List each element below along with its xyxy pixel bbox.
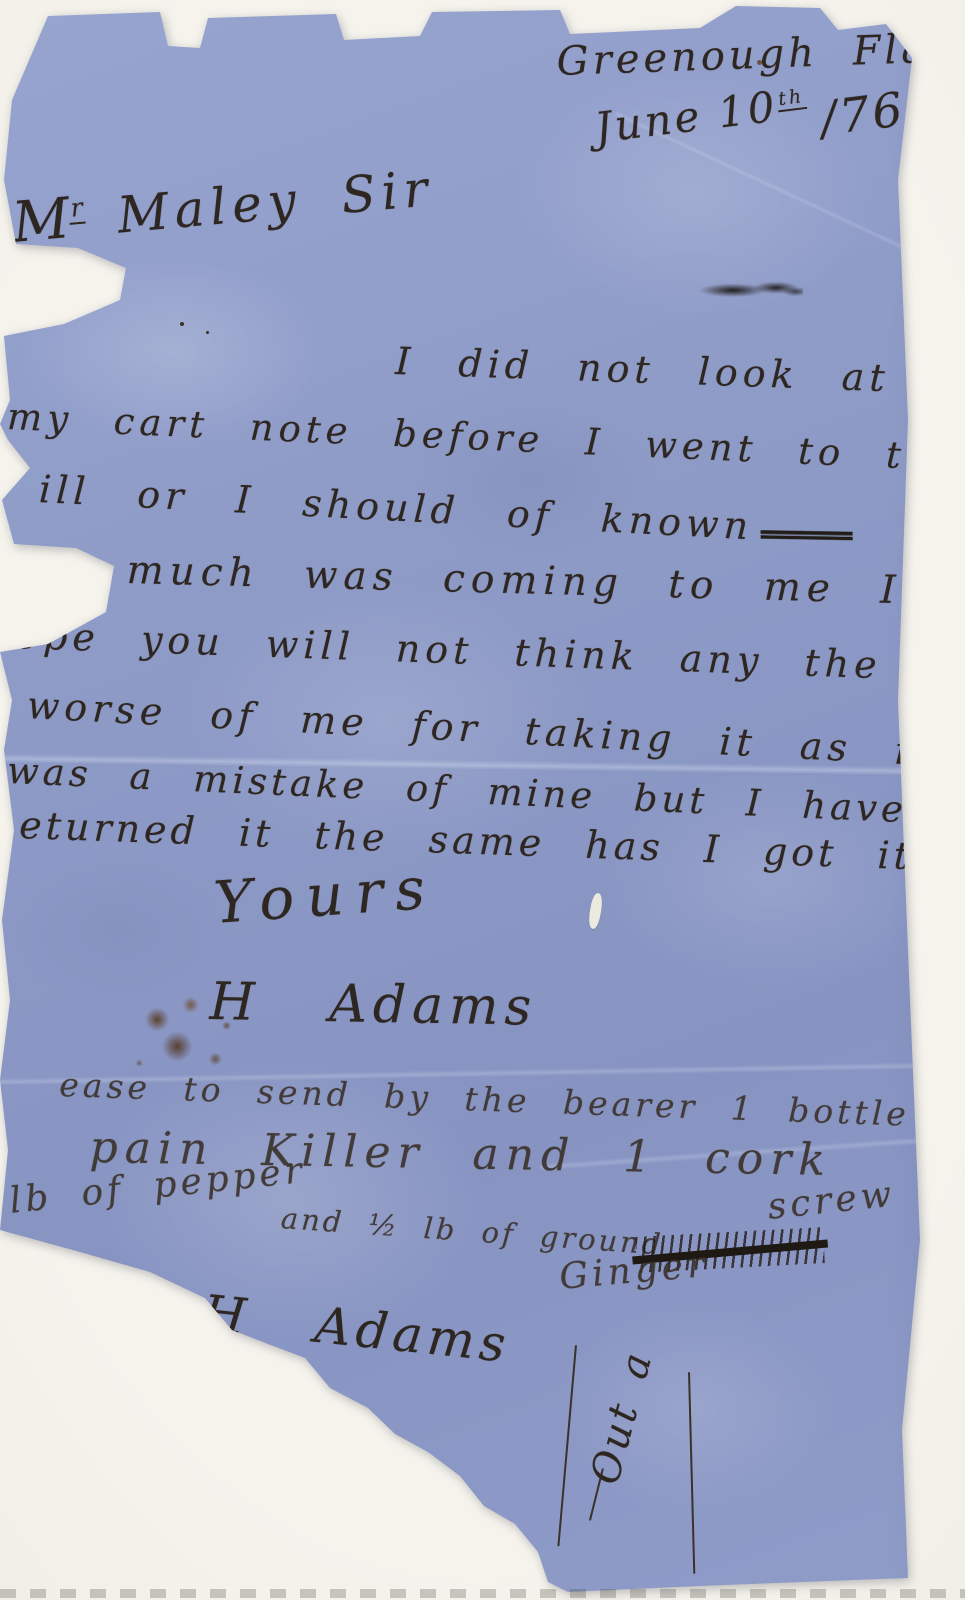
place-line: Greenough Flats — [556, 27, 965, 82]
date-main: June 10 — [592, 82, 780, 153]
docket-note: Out a — [585, 1346, 659, 1488]
date-ordinal-suffix: th — [775, 85, 807, 112]
rust-speck — [922, 34, 929, 40]
struck-out-scribble — [761, 525, 853, 545]
salutation-line: MrMaley Sir — [10, 159, 436, 252]
ps-line-ginger: Ginger — [558, 1247, 710, 1296]
body-line-5: ope you will not think any the — [15, 616, 883, 684]
docket-rule-right — [688, 1372, 696, 1574]
signature2-line: H Adams — [200, 1288, 513, 1370]
salutation-initial: M — [10, 186, 73, 256]
body-line-4: ow much was coming to me I — [13, 548, 902, 610]
docket-text: Out a — [582, 1346, 662, 1489]
body-text: I did not look at — [395, 339, 891, 400]
closing-text: Yours — [212, 853, 439, 936]
body-text: my cart note before I went to the — [6, 395, 962, 480]
body-text: ill or I should of known — [38, 467, 754, 548]
signature-line: H Adams — [209, 976, 538, 1034]
closing-line: Yours — [212, 858, 439, 931]
letter-paper-wrapper: Greenough Flats June 10th/76 MrMaley Sir… — [0, 0, 965, 1600]
letter-paper: Greenough Flats June 10th/76 MrMaley Sir… — [0, 0, 965, 1600]
body-line-2: my cart note before I went to the — [6, 398, 962, 477]
body-line-3: ill or I should of known — [38, 470, 854, 551]
signature-text: H Adams — [209, 972, 538, 1038]
signature2-text: H Adams — [199, 1284, 513, 1374]
scanned-letter-page: { "letter": { "place": "Greenough Flats"… — [0, 0, 965, 1600]
place-text: Greenough Flats — [556, 24, 965, 85]
ps-line-screw: screw — [766, 1177, 897, 1226]
body-line-1: I did not look at — [395, 342, 891, 397]
salutation-sup: r — [67, 193, 86, 225]
ink-smudge — [695, 276, 803, 302]
ps-line-ground: and ½ lb of ground — [280, 1204, 664, 1260]
ink-speck — [206, 331, 209, 334]
body-text: ow much was coming to me I — [13, 545, 902, 613]
ink-speck — [180, 322, 184, 326]
docket-rule-left — [557, 1345, 577, 1546]
ps-line-1: ease to send by the bearer 1 bottle — [59, 1068, 911, 1131]
scan-edge-artifact — [0, 1589, 965, 1598]
date-year: /76 — [818, 86, 908, 143]
body-text: ope you will not think any the — [15, 613, 883, 687]
salutation-rest: Maley Sir — [115, 159, 436, 244]
paper-hole-fleck — [587, 892, 603, 929]
